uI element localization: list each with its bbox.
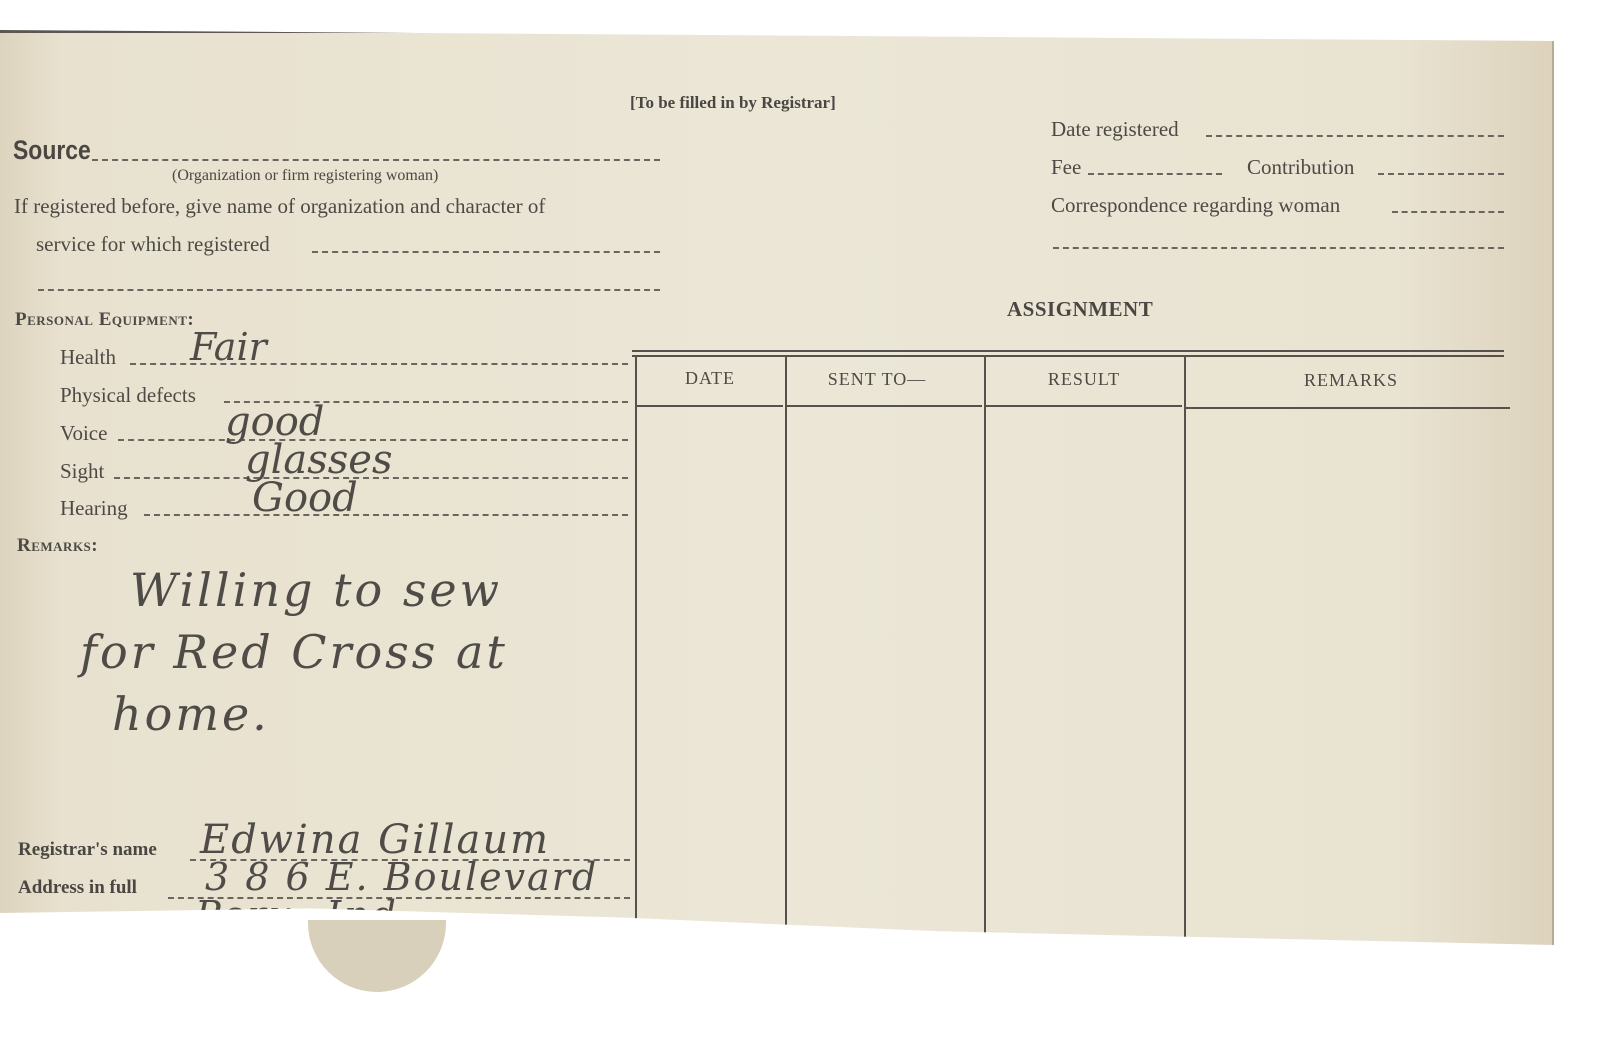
registration-card: [To be filled in by Registrar] Source (O…: [0, 30, 1554, 945]
personal-equipment-heading: Personal Equipment:: [15, 309, 194, 331]
correspondence-label: Correspondence regarding woman: [1051, 193, 1340, 218]
fee-field[interactable]: [1088, 173, 1222, 175]
contribution-label: Contribution: [1247, 155, 1354, 180]
correspondence-field-continued[interactable]: [1053, 247, 1504, 249]
remarks-line-2: for Red Cross at: [80, 625, 508, 679]
source-label: Source: [13, 135, 91, 166]
physical-defects-label: Physical defects: [60, 383, 196, 408]
result-column-cells[interactable]: [986, 407, 1182, 947]
date-registered-field[interactable]: [1206, 135, 1504, 137]
table-top-rule: [632, 350, 1504, 352]
remarks-line-1: Willing to sew: [130, 563, 502, 617]
hearing-value: Good: [252, 475, 358, 521]
column-header-result: RESULT: [986, 369, 1182, 390]
hearing-label: Hearing: [60, 496, 128, 521]
column-header-sent-to: SENT TO—: [787, 369, 967, 390]
table-top-rule-inner: [632, 355, 1504, 357]
fee-label: Fee: [1051, 155, 1081, 180]
source-sublabel: (Organization or firm registering woman): [172, 167, 438, 185]
contribution-field[interactable]: [1378, 173, 1504, 175]
health-label: Health: [60, 345, 116, 370]
header-note: [To be filled in by Registrar]: [630, 93, 836, 113]
sent-to-column-cells[interactable]: [787, 407, 982, 947]
remarks-line-3: home.: [112, 687, 270, 741]
correspondence-field[interactable]: [1392, 211, 1504, 213]
sight-label: Sight: [60, 459, 104, 484]
prior-registration-line2: service for which registered: [36, 232, 270, 257]
health-value: Fair: [190, 325, 267, 369]
column-header-date: DATE: [637, 368, 783, 389]
card-index-tab: [308, 920, 446, 992]
prior-registration-field[interactable]: [312, 251, 660, 253]
remarks-heading: Remarks:: [17, 535, 98, 557]
voice-label: Voice: [60, 421, 107, 446]
remarks-column-cells[interactable]: [1186, 409, 1510, 949]
address-label: Address in full: [18, 877, 137, 899]
assignment-title: ASSIGNMENT: [1007, 297, 1153, 322]
prior-registration-line1: If registered before, give name of organ…: [14, 194, 545, 219]
registrar-name-label: Registrar's name: [18, 839, 157, 861]
date-registered-label: Date registered: [1051, 117, 1179, 142]
date-column-cells[interactable]: [637, 407, 783, 947]
hearing-field[interactable]: [144, 514, 628, 516]
column-header-remarks: REMARKS: [1186, 370, 1516, 391]
source-field[interactable]: [92, 159, 660, 161]
prior-registration-field-continued[interactable]: [38, 289, 660, 291]
